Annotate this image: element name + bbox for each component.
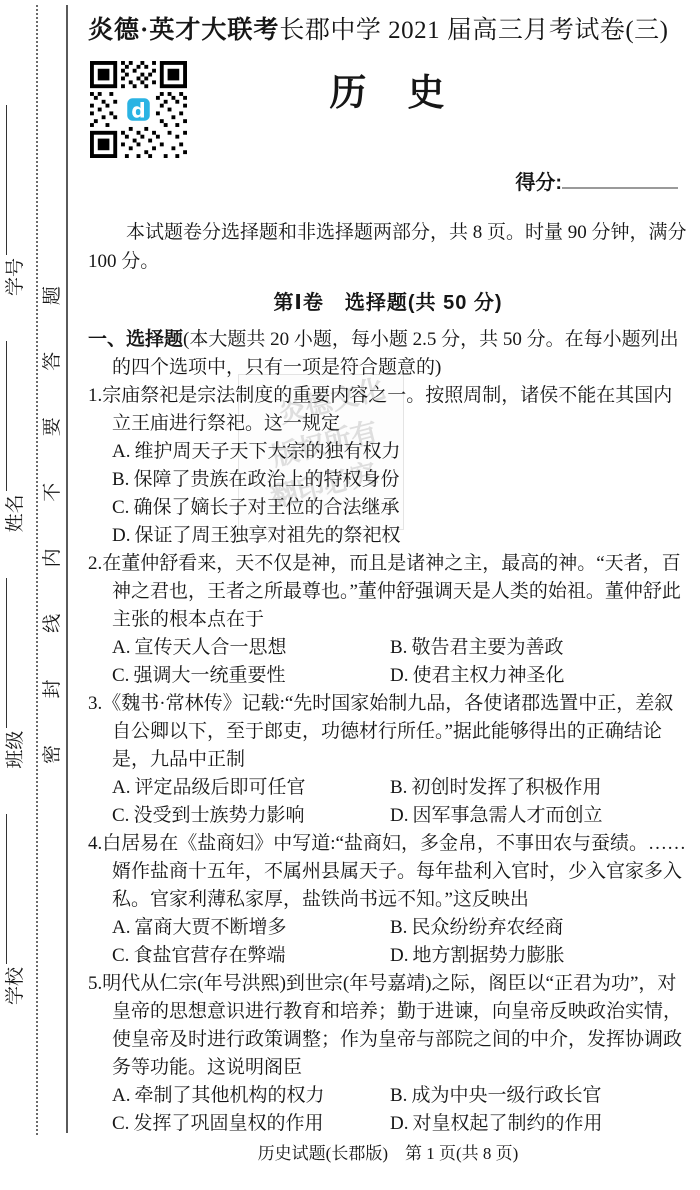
page-footer: 历史试题(长郡版) 第 1 页(共 8 页) — [88, 1142, 688, 1166]
option-d: D.地方割据势力膨胀 — [390, 942, 688, 970]
field-school-label: 学校 — [5, 967, 26, 1005]
field-student-id-blank — [6, 105, 21, 255]
exam-title-rest: 长郡中学 2021 届高三月考试卷(三) — [279, 17, 668, 44]
section1-directions: 一、选择题(本大题共 20 小题，每小题 2.5 分，共 50 分。在每小题列出… — [88, 326, 688, 382]
option-a: A.评定品级后即可任官 — [112, 774, 390, 802]
student-info-fields: 学校 班级 姓名 学号 — [3, 105, 29, 1005]
option-b: B.敬告君主要为善政 — [390, 634, 688, 662]
option-d: D.因军事急需人才而创立 — [390, 802, 688, 830]
question-1: 1.宗庙祭祀是宗法制度的重要内容之一。按照周制，诸侯不能在其国内立王庙进行祭祀。… — [88, 382, 688, 550]
score-row: 得分: — [88, 170, 678, 196]
option-b: B.初创时发挥了积极作用 — [390, 774, 688, 802]
question-text: 明代从仁宗(年号洪熙)到世宗(年号嘉靖)之际，阁臣以“正君为功”，对皇帝的思想意… — [102, 973, 682, 1078]
question-3: 3.《魏书·常林传》记载:“先时国家始制九品，各使诸郡选置中正，差叙自公卿以下，… — [88, 690, 688, 830]
field-school: 学校 — [3, 814, 29, 1005]
option-c: C.食盐官营存在弊端 — [112, 942, 390, 970]
field-name: 姓名 — [3, 341, 29, 532]
exam-page: 学校 班级 姓名 学号 密封线内不要答题 炎德文化 版权所有 翻印必究 炎德·英… — [0, 0, 700, 1190]
field-class-label: 班级 — [5, 731, 26, 769]
subject-title: 历 史 — [88, 72, 688, 114]
option-c: C.发挥了巩固皇权的作用 — [112, 1110, 390, 1138]
option-b: B.成为中央一级行政长官 — [390, 1082, 688, 1110]
question-3-options: A.评定品级后即可任官 B.初创时发挥了积极作用 C.没受到士族势力影响 D.因… — [112, 774, 688, 830]
title-row: d 历 史 — [88, 48, 688, 158]
question-number: 2. — [88, 553, 102, 574]
question-number: 5. — [88, 973, 102, 994]
score-blank — [562, 171, 678, 189]
option-a: A.维护周天子天下大宗的独有权力 — [112, 438, 688, 466]
option-a: A.宣传天人合一思想 — [112, 634, 390, 662]
seal-text-label: 密封线内不要答题 — [41, 249, 65, 770]
question-2: 2.在董仲舒看来，天不仅是神，而且是诸神之主，最高的神。“天者，百神之君也，王者… — [88, 550, 688, 690]
question-4-options: A.富商大贾不断增多 B.民众纷纷弃农经商 C.食盐官营存在弊端 D.地方割据势… — [112, 914, 688, 970]
exam-intro: 本试题卷分选择题和非选择题两部分，共 8 页。时量 90 分钟，满分 100 分… — [88, 218, 688, 276]
option-d: D.保证了周王独享对祖先的祭祀权 — [112, 522, 688, 550]
option-d: D.对皇权起了制约的作用 — [390, 1110, 688, 1138]
question-5-options: A.牵制了其他机构的权力 B.成为中央一级行政长官 C.发挥了巩固皇权的作用 D… — [112, 1082, 688, 1138]
option-c: C.确保了嫡长子对王位的合法继承 — [112, 494, 688, 522]
question-2-stem: 2.在董仲舒看来，天不仅是神，而且是诸神之主，最高的神。“天者，百神之君也，王者… — [88, 550, 688, 634]
score-label: 得分: — [515, 172, 562, 194]
seal-dotted-line — [36, 5, 38, 1135]
exam-content: 炎德·英才大联考长郡中学 2021 届高三月考试卷(三) d 历 史 得分: 本… — [88, 14, 688, 1183]
option-b: B.民众纷纷弃农经商 — [390, 914, 688, 942]
option-c: C.强调大一统重要性 — [112, 662, 390, 690]
question-number: 1. — [88, 385, 102, 406]
question-text: 《魏书·常林传》记载:“先时国家始制九品，各使诸郡选置中正，差叙自公卿以下，至于… — [102, 693, 673, 770]
field-school-blank — [6, 814, 21, 964]
option-d: D.使君主权力神圣化 — [390, 662, 688, 690]
option-a: A.富商大贾不断增多 — [112, 914, 390, 942]
exam-brand: 炎德·英才大联考 — [88, 17, 279, 44]
field-name-blank — [6, 341, 21, 491]
question-number: 3. — [88, 693, 102, 714]
question-text: 在董仲舒看来，天不仅是神，而且是诸神之主，最高的神。“天者，百神之君也，王者之所… — [102, 553, 681, 630]
question-4-stem: 4.白居易在《盐商妇》中写道:“盐商妇，多金帛，不事田农与蚕绩。……婿作盐商十五… — [88, 830, 688, 914]
field-class: 班级 — [3, 578, 29, 769]
option-b: B.保障了贵族在政治上的特权身份 — [112, 466, 688, 494]
question-5: 5.明代从仁宗(年号洪熙)到世宗(年号嘉靖)之际，阁臣以“正君为功”，对皇帝的思… — [88, 970, 688, 1138]
directions-prefix: 一、选择题 — [88, 329, 183, 350]
seal-solid-line — [66, 5, 68, 1133]
field-class-blank — [6, 578, 21, 728]
question-2-options: A.宣传天人合一思想 B.敬告君主要为善政 C.强调大一统重要性 D.使君主权力… — [112, 634, 688, 690]
exam-title-header: 炎德·英才大联考长郡中学 2021 届高三月考试卷(三) — [88, 14, 688, 48]
field-student-id-label: 学号 — [5, 258, 26, 296]
section1-title: 第Ⅰ卷 选择题(共 50 分) — [88, 288, 688, 318]
directions-body: (本大题共 20 小题，每小题 2.5 分，共 50 分。在每小题列出的四个选项… — [112, 329, 679, 378]
field-student-id: 学号 — [3, 105, 29, 296]
question-1-options: A.维护周天子天下大宗的独有权力 B.保障了贵族在政治上的特权身份 C.确保了嫡… — [112, 438, 688, 550]
question-4: 4.白居易在《盐商妇》中写道:“盐商妇，多金帛，不事田农与蚕绩。……婿作盐商十五… — [88, 830, 688, 970]
option-a: A.牵制了其他机构的权力 — [112, 1082, 390, 1110]
question-3-stem: 3.《魏书·常林传》记载:“先时国家始制九品，各使诸郡选置中正，差叙自公卿以下，… — [88, 690, 688, 774]
field-name-label: 姓名 — [5, 494, 26, 532]
question-text: 宗庙祭祀是宗法制度的重要内容之一。按照周制，诸侯不能在其国内立王庙进行祭祀。这一… — [102, 385, 672, 434]
seal-text: 密封线内不要答题 — [41, 255, 65, 770]
question-1-stem: 1.宗庙祭祀是宗法制度的重要内容之一。按照周制，诸侯不能在其国内立王庙进行祭祀。… — [88, 382, 688, 438]
option-c: C.没受到士族势力影响 — [112, 802, 390, 830]
question-number: 4. — [88, 833, 102, 854]
question-5-stem: 5.明代从仁宗(年号洪熙)到世宗(年号嘉靖)之际，阁臣以“正君为功”，对皇帝的思… — [88, 970, 688, 1082]
question-text: 白居易在《盐商妇》中写道:“盐商妇，多金帛，不事田农与蚕绩。……婿作盐商十五年，… — [102, 833, 686, 910]
